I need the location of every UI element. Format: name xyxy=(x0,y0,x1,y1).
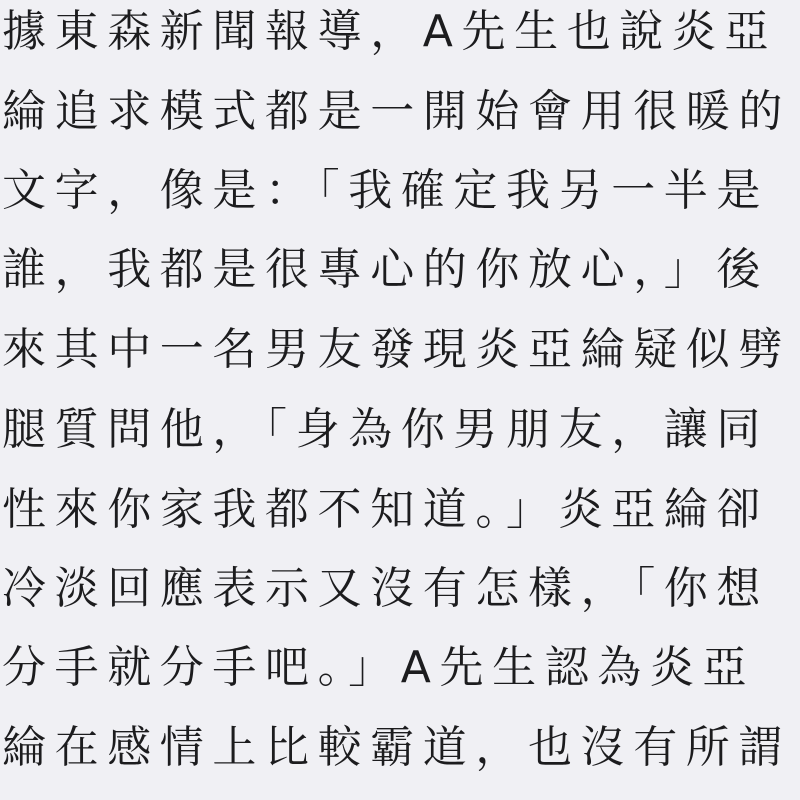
text-line-2: 綸追求模式都是一開始會用很暖的 xyxy=(2,82,791,142)
text-line-1: 據東森新聞報導，A先生也說炎亞 xyxy=(2,2,777,62)
text-line-10: 綸在感情上比較霸道，也沒有所謂 xyxy=(2,718,791,778)
article-page: 據東森新聞報導，A先生也說炎亞 綸追求模式都是一開始會用很暖的 文字，像是：「我… xyxy=(0,0,800,800)
text-line-3: 文字，像是：「我確定我另一半是 xyxy=(2,161,769,221)
text-line-9: 分手就分手吧。」A先生認為炎亞 xyxy=(2,638,755,698)
text-line-6: 腿質問他，「身為你男朋友，讓同 xyxy=(2,400,769,460)
text-line-5: 來其中一名男友發現炎亞綸疑似劈 xyxy=(2,320,791,380)
text-line-7: 性來你家我都不知道。」炎亞綸卻 xyxy=(2,480,769,540)
text-line-4: 誰，我都是很專心的你放心，」後 xyxy=(2,240,769,300)
text-line-8: 冷淡回應表示又沒有怎樣，「你想 xyxy=(2,559,769,619)
